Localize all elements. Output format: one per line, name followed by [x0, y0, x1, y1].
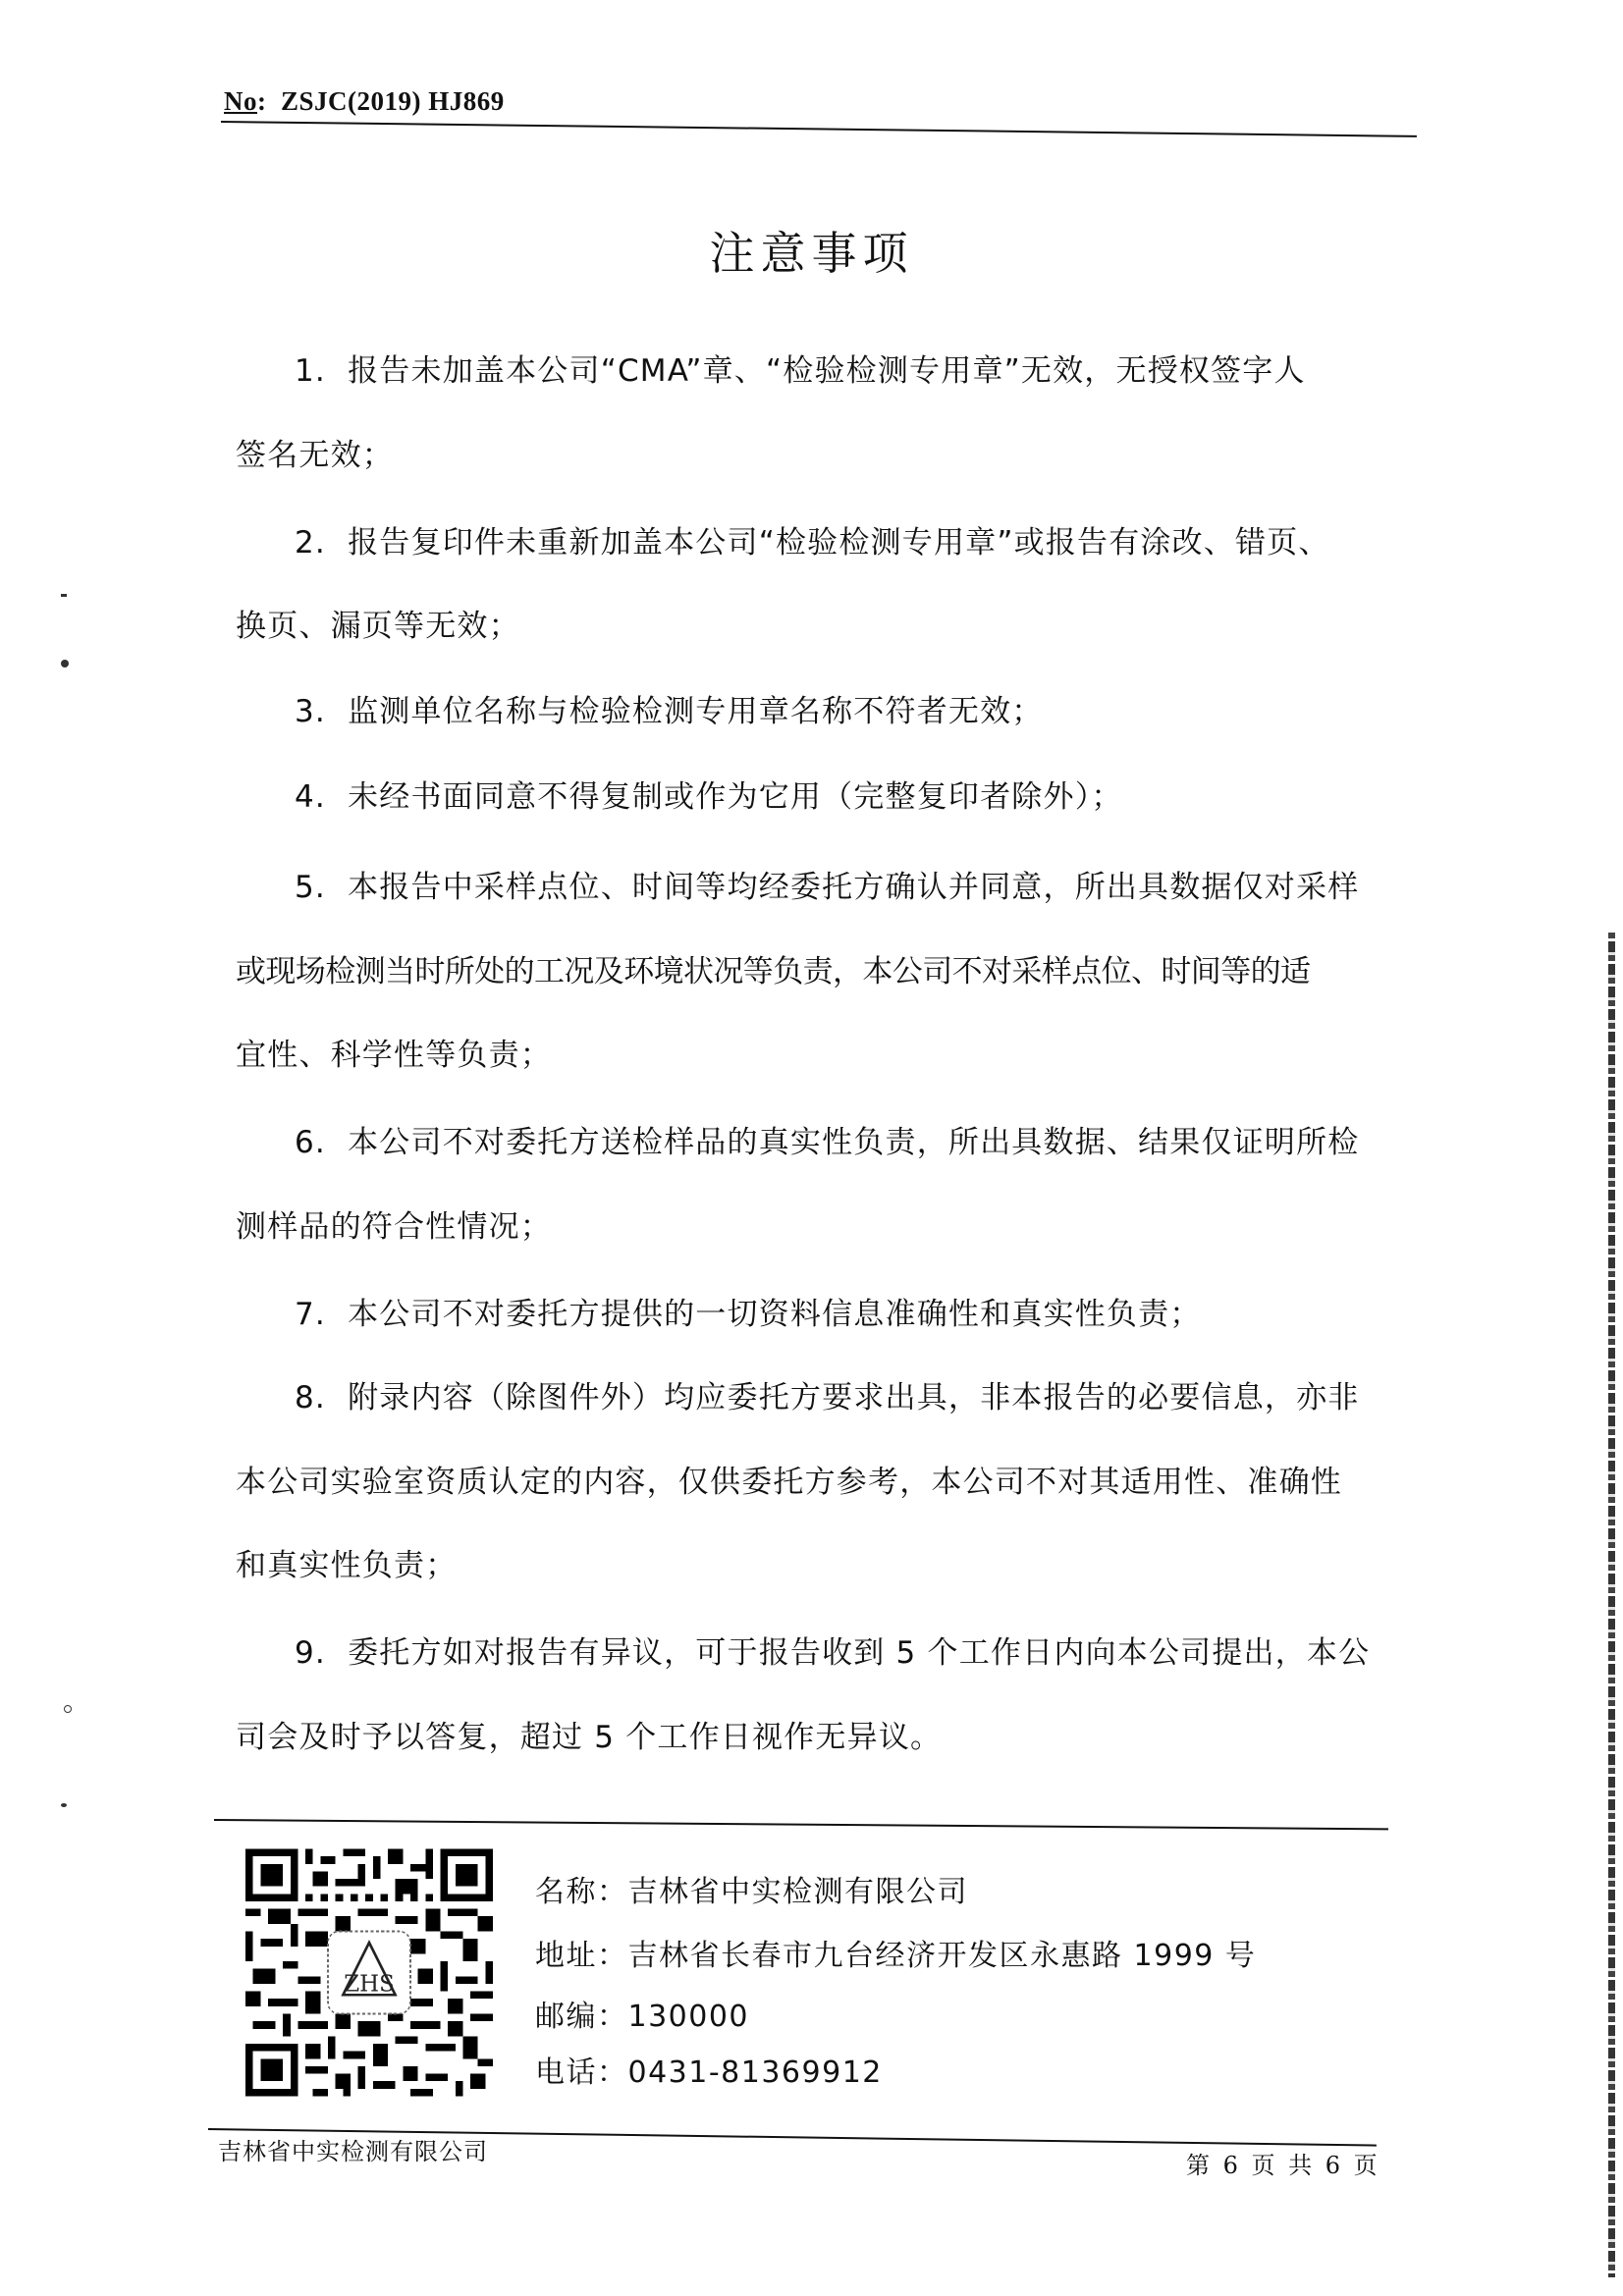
- notice-item-1: 1. 报告未加盖本公司“CMA”章、“检验检测专用章”无效，无授权签字人: [295, 351, 1306, 391]
- contact-name-value: 吉林省中实检测有限公司: [628, 1875, 969, 1909]
- notice-number: 3.: [295, 694, 326, 729]
- contact-name-label: 名称：: [535, 1875, 628, 1909]
- notice-item-9: 9. 委托方如对报告有异议，可于报告收到 5 个工作日内向本公司提出，本公: [295, 1633, 1370, 1673]
- contact-phone-value: 0431-81369912: [628, 2056, 883, 2090]
- notice-number: 6.: [295, 1125, 326, 1160]
- notice-item-4: 4. 未经书面同意不得复制或作为它用（完整复印者除外）；: [295, 777, 1123, 817]
- contact-address-value: 吉林省长春市九台经济开发区永惠路 1999 号: [628, 1939, 1257, 1973]
- notice-text: 本报告中采样点位、时间等均经委托方确认并同意，所出具数据仅对采样: [348, 870, 1359, 905]
- number-mark: No: [224, 86, 257, 116]
- notice-text: 报告复印件未重新加盖本公司“检验检测专用章”或报告有涂改、错页、: [348, 525, 1330, 561]
- notice-number: 7.: [295, 1297, 326, 1332]
- notice-text: 委托方如对报告有异议，可于报告收到 5 个工作日内向本公司提出，本公: [348, 1635, 1370, 1671]
- contact-address-row: 地址：吉林省长春市九台经济开发区永惠路 1999 号: [535, 1937, 1256, 1976]
- notice-item-6: 6. 本公司不对委托方送检样品的真实性负责，所出具数据、结果仅证明所检: [295, 1123, 1360, 1162]
- contact-phone-row: 电话：0431-81369912: [535, 2054, 883, 2093]
- scan-edge-artifact: [1608, 933, 1615, 2277]
- contact-top-rule: [214, 1819, 1388, 1830]
- notice-item-2: 2. 报告复印件未重新加盖本公司“检验检测专用章”或报告有涂改、错页、: [295, 523, 1330, 562]
- contact-name-row: 名称：吉林省中实检测有限公司: [535, 1873, 968, 1912]
- notice-text: 监测单位名称与检验检测专用章名称不符者无效；: [348, 694, 1043, 729]
- notice-number: 5.: [295, 870, 326, 905]
- qr-code-icon: ZHS: [245, 1847, 493, 2098]
- notice-text: 报告未加盖本公司“CMA”章、“检验检测专用章”无效，无授权签字人: [348, 353, 1306, 389]
- scan-mark: [61, 594, 67, 597]
- notice-item-5-cont: 或现场检测当时所处的工况及环境状况等负责，本公司不对采样点位、时间等的适: [236, 952, 1310, 991]
- footer-company: 吉林省中实检测有限公司: [218, 2132, 488, 2166]
- contact-postcode-row: 邮编：130000: [535, 1998, 749, 2037]
- notice-number: 9.: [295, 1635, 326, 1671]
- notice-item-8-cont: 本公司实验室资质认定的内容，仅供委托方参考，本公司不对其适用性、准确性: [236, 1463, 1342, 1502]
- notice-text: 本公司不对委托方送检样品的真实性负责，所出具数据、结果仅证明所检: [348, 1125, 1359, 1160]
- scan-mark: [61, 1803, 67, 1807]
- report-number: No: ZSJC(2019) HJ869: [224, 86, 505, 117]
- notice-item-5-cont: 宜性、科学性等负责；: [236, 1036, 552, 1075]
- notice-text: 未经书面同意不得复制或作为它用（完整复印者除外）；: [348, 779, 1123, 815]
- contact-address-label: 地址：: [535, 1939, 628, 1973]
- notice-item-9-cont: 司会及时予以答复，超过 5 个工作日视作无异议。: [236, 1718, 942, 1757]
- page-number: 第 6 页 共 6 页: [1186, 2146, 1378, 2180]
- notice-item-5: 5. 本报告中采样点位、时间等均经委托方确认并同意，所出具数据仅对采样: [295, 868, 1360, 907]
- notice-number: 2.: [295, 525, 326, 561]
- scan-mark: [64, 1705, 72, 1713]
- notice-text: 本公司不对委托方提供的一切资料信息准确性和真实性负责；: [348, 1297, 1201, 1332]
- notice-number: 1.: [295, 353, 326, 389]
- contact-postcode-label: 邮编：: [535, 2000, 628, 2034]
- notice-item-6-cont: 测样品的符合性情况；: [236, 1207, 552, 1247]
- notice-item-1-cont: 签名无效；: [236, 436, 394, 475]
- notice-item-2-cont: 换页、漏页等无效；: [236, 607, 520, 646]
- number-separator: :: [257, 86, 267, 116]
- contact-phone-label: 电话：: [535, 2056, 628, 2090]
- notice-item-7: 7. 本公司不对委托方提供的一切资料信息准确性和真实性负责；: [295, 1295, 1202, 1334]
- svg-text:ZHS: ZHS: [344, 1972, 395, 1998]
- notice-item-8-cont: 和真实性负责；: [236, 1546, 457, 1585]
- notice-item-3: 3. 监测单位名称与检验检测专用章名称不符者无效；: [295, 692, 1044, 731]
- report-number-value: ZSJC(2019) HJ869: [281, 86, 505, 116]
- notice-number: 4.: [295, 779, 326, 815]
- notice-number: 8.: [295, 1380, 326, 1415]
- header-rule: [221, 121, 1417, 137]
- page-title: 注意事项: [0, 218, 1623, 283]
- notice-item-8: 8. 附录内容（除图件外）均应委托方要求出具，非本报告的必要信息，亦非: [295, 1378, 1360, 1417]
- scan-mark: [61, 660, 69, 667]
- contact-postcode-value: 130000: [628, 2000, 750, 2034]
- notice-text: 附录内容（除图件外）均应委托方要求出具，非本报告的必要信息，亦非: [348, 1380, 1359, 1415]
